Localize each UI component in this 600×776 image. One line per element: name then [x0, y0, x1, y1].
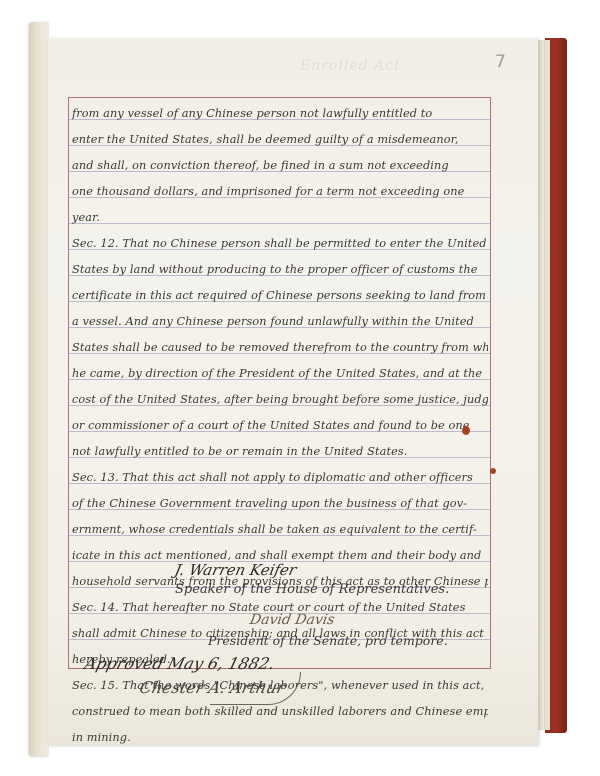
ink-stain	[462, 426, 470, 435]
text-line: from any vessel of any Chinese person no…	[72, 101, 488, 127]
text-line: a vessel. And any Chinese person found u…	[72, 309, 488, 335]
section-12-line: Sec. 12. That no Chinese person shall be…	[72, 231, 488, 257]
text-line: not lawfully entitled to be or remain in…	[72, 439, 488, 465]
book-left-flap	[29, 22, 49, 757]
senate-president-title: President of the Senate, pro tempore.	[208, 633, 448, 648]
faint-header-stamp: Enrolled Act	[300, 58, 401, 74]
text-line: of the Chinese Government traveling upon…	[72, 491, 488, 517]
text-line: he came, by direction of the President o…	[72, 361, 488, 387]
text-line: enter the United States, shall be deemed…	[72, 127, 488, 153]
text-line: cost of the United States, after being b…	[72, 387, 488, 413]
text-line: ernment, whose credentials shall be take…	[72, 517, 488, 543]
text-line: States shall be caused to be removed the…	[72, 335, 488, 361]
page-number: 7	[495, 52, 506, 72]
text-line: or commissioner of a court of the United…	[72, 413, 488, 439]
text-line: States by land without producing to the …	[72, 257, 488, 283]
text-line: in mining.	[72, 725, 488, 751]
section-13-line: Sec. 13. That this act shall not apply t…	[72, 465, 488, 491]
ink-stain	[490, 468, 496, 474]
text-line: one thousand dollars, and imprisoned for…	[72, 179, 488, 205]
text-line: construed to mean both skilled and unski…	[72, 699, 488, 725]
text-line: certificate in this act required of Chin…	[72, 283, 488, 309]
speaker-signature: J. Warren Keifer	[173, 561, 298, 579]
text-line: and shall, on conviction thereof, be fin…	[72, 153, 488, 179]
approval-date: Approved May 6, 1882.	[83, 654, 277, 673]
senate-president-signature: David Davis	[249, 612, 336, 628]
speaker-title: Speaker of the House of Representatives.	[175, 582, 449, 597]
text-line: year.	[72, 205, 488, 231]
